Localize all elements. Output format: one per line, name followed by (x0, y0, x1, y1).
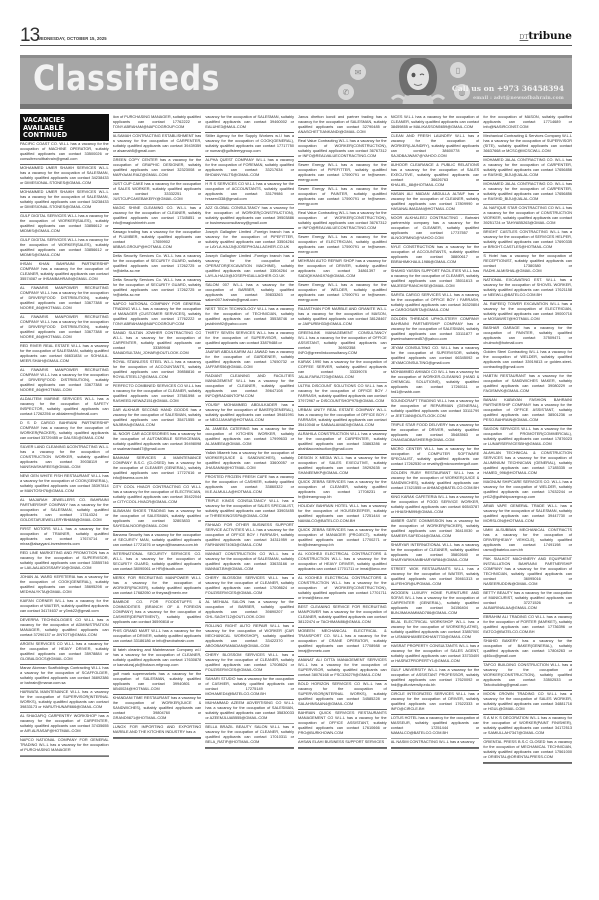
classified-ad: Al fateh cleaning and Maintenance Compan… (113, 647, 202, 671)
classified-ad: CIRCLE INTEGRATED SERVICES W.L.L has a v… (391, 691, 480, 715)
classified-ad: gulf mark supermarkets has a vacancy for… (113, 671, 202, 695)
column-end-divider (205, 748, 294, 749)
classifieds-banner: Classifieds ✉ ✆ ▯ ◍ Call us on +973 3645… (20, 55, 572, 109)
classified-ad: GREEN COPY CENTER has a vacancy for the … (113, 157, 202, 181)
classified-ad: Banama Security has a vacancy for the oc… (113, 532, 202, 551)
classified-ad: FROSTED FROZEN FRESH CAFE has a vacancy … (205, 474, 294, 498)
classified-ad: HASRAT PROPERTY CONSULTANTS W.L.L has a … (391, 643, 480, 667)
ad-list: NICES W.L.L has a vacancy for the occupa… (391, 114, 480, 749)
classified-ad: MOHAMMED UMER SHAIKH SERVICES W.L.L has … (20, 165, 109, 189)
classified-ad: AL FAWARIS MANPOWER RECRUITING COMPANY W… (20, 285, 109, 314)
classified-ad: Kawago trading has a vacancy for the occ… (113, 229, 202, 253)
classified-ad: BELLA BRAZIL BEAUTY SALON W.L.L has a va… (205, 724, 294, 748)
section-heading: VACANCIES AVAILABLE CONTINUED (20, 114, 109, 141)
classified-ad: PACIFIC COAST CO. W.L.L has a vacancy fo… (20, 141, 109, 165)
classified-ad: URBAN UNITY REAL ESTATE COMPANY W.L.L ha… (298, 407, 387, 431)
classified-ad: tion of PURCHASING MANAGER, suitably qua… (113, 114, 202, 133)
classified-ad: Real Value Contracting W.L.L has a vacan… (298, 138, 387, 162)
classified-ad: PERFECTO COMBINED SERVICES CO W.L.L has … (113, 383, 202, 407)
classified-ad: A2Z GLOBAL CONSULTANCY has a vacancy for… (205, 205, 294, 229)
classified-ad: AL NAFIQUE STAR CONTRACTING CO W.L.L has… (483, 205, 572, 229)
classified-ad: Golden Steel Contracting W.L.L has a vac… (483, 349, 572, 373)
classified-ad: FAHAAD FOR OTHER BUSINESS SUPPORT SERVIC… (205, 522, 294, 551)
classified-ad: DEVERRA TECHNOLOGIES CO W.L.L has a vaca… (20, 617, 109, 641)
classified-ad: GOLDEN THREADS UPHOLSTERY COMPANY BAHRAI… (391, 316, 480, 345)
classified-ad: PAK SIALKOT MACHINERY AND EQUIPMENT INST… (483, 556, 572, 590)
classified-ad: MUHAMMAD AZEEM ADVERTISING CO W.L.L has … (205, 700, 294, 724)
classified-ad: Sewer Energy W.L.L has a vacancy for the… (298, 282, 387, 306)
classified-ad: AL FAWARIS MANPOWER RECRUITING COMPANY W… (20, 314, 109, 343)
classified-ad: ALRAHILA CONSTRUCTION W.L.L has a vacanc… (298, 431, 387, 455)
classified-ad: ALAHLAN TECHNICAL & CONSTRUCTION SERVICE… (483, 450, 572, 479)
classified-ad: TRIPLE STAR FOOD DELIVERY has a vacancy … (391, 422, 480, 446)
classified-ad: Sewer Energy W.L.L has a vacancy for the… (298, 234, 387, 258)
classified-ad: AL MAJARAH JEWELLERS CO. BAHRAINI PARTNE… (20, 497, 109, 526)
classified-ad: MEHRAN AUTO REPAIR SHOP has a vacancy fo… (298, 258, 387, 282)
classified-ad: Sewer Energy W.L.L has a vacancy for the… (298, 186, 387, 210)
classified-ad: JUST CUP CAKE has a vacancy for the occu… (113, 181, 202, 205)
classified-ad: SHAHID BAKERY has a vacancy for the occu… (483, 638, 572, 662)
column-1: VACANCIES AVAILABLE CONTINUED PACIFIC CO… (20, 114, 109, 872)
mobile-icon: ▯ (450, 62, 466, 78)
column-end-divider (391, 748, 480, 749)
classified-ad: MICRO CENTER W.L.L has a vacancy for the… (391, 446, 480, 470)
logo-name: tribune (528, 30, 572, 42)
column-4: Janus dhetton kondi and partner trading … (298, 114, 387, 872)
ad-list: PACIFIC COAST CO. W.L.L has a vacancy fo… (20, 141, 109, 757)
logo-prefix: DT (520, 34, 529, 41)
classified-ad: PHIS GRAND MART W.L.L has a vacancy for … (113, 628, 202, 647)
classified-ad: ORIENTAL PRESS B.S.C CLOSED has a vacanc… (483, 739, 572, 763)
classified-ad: Joseph Gallagher Limited -Foreign branch… (205, 253, 294, 282)
classified-ad: BOLD HORIZON SERVICES CO W.L.L has a vac… (298, 681, 387, 710)
classified-ad: LOTUS HOTEL has a vacancy for the occupa… (391, 715, 480, 739)
classified-ad: MOON CROWN TRADING CO W.L.L has a vacanc… (483, 691, 572, 715)
classified-ad: ROYAL STAINLESS STEEL W.L.L has a vacanc… (113, 359, 202, 383)
classified-ad: MOHAMMED AHMADI CO W.L.L has a vacancy f… (391, 369, 480, 398)
classified-ad: LUNOX FOR IMPORTING AND EXPORTING MARBLE… (113, 724, 202, 738)
classified-ad: HASAN ALI MADAN ABDULLA ALTAIF has a vac… (391, 191, 480, 215)
classified-ad: STREET WOK RESTAURANTS W.L.L has a vacan… (391, 566, 480, 590)
classified-ad: DESIGN X MEDIA W.L.L has a vacancy for t… (298, 455, 387, 479)
classified-ad: GULF DIGITAL SERVICES W.L.L has a vacanc… (20, 213, 109, 237)
classified-ad: BEST CLEANING SERVICE FOR RECRUITING MAN… (298, 604, 387, 628)
classified-ad: RAJASTHAN FOR MARBLE AND GRANITE W.L.L h… (298, 306, 387, 330)
classified-ad: RADIANT CLEANING AND FACILITIES MANAGEME… (205, 373, 294, 402)
column-3: vacancy for the occupation of SALESMAN, … (205, 114, 294, 872)
classified-ad: HARWATA MAINTENANCE W.L.L has a vacancy … (20, 689, 109, 713)
classified-ad: Mechanical Contracting & Services Compan… (483, 133, 572, 157)
classified-ad: AMANAT ALI DITTA MANAGEMENT SERVICES W.L… (298, 657, 387, 681)
classified-ad: AL RAFEEQ TOWER EXCAVATION W.L.L has a v… (483, 301, 572, 325)
classified-ad: NYLE CONSTRUCTION has a vacancy for the … (391, 244, 480, 268)
classified-ad: ROLLING RIGHT AUTO REPAIR W.L.L has a va… (205, 623, 294, 652)
classified-ad: UMM ALSUBBAN MECHANICAL CONTRACTS has a … (483, 527, 572, 556)
classified-ad: SANAD SULTAN JOWHER CONTRACTING CO W.L.L… (113, 330, 202, 359)
classified-ad: ULTRA DISCOUNT SOLUTIONS CO W.L.L has a … (298, 383, 387, 407)
classified-ad: THIRTY SEVEN SERVICES W.L.L has a vacanc… (205, 330, 294, 349)
classified-ad: RED RIVER REAL ESTATE W.L.L has a vacanc… (20, 343, 109, 367)
classified-ad: BAHRAIN QUICK SERVICES RESTAURANTS MANAG… (298, 710, 387, 739)
classified-ad: FIRST MOTORS W.L.L has a vacancy for the… (20, 526, 109, 550)
classified-ad: AL NASIM CONTRACTING W.L.L has a vacancy (391, 739, 480, 748)
publication-date: WEDNESDAY, OCTOBER 15, 2025 (37, 36, 107, 41)
classified-ad: QUICK ZEBRA SERVICES has a vacancy for t… (298, 527, 387, 551)
classified-ad: NAPCO NATIONAL COMPANY FOR GENERAL TRADI… (20, 737, 109, 756)
classified-ad: AMBER GATE COMMISSION has a vacancy for … (391, 518, 480, 542)
classified-ad: ARGEN SERVICES CO W.L.L has a vacancy fo… (20, 641, 109, 665)
classified-ad: SALOM 007 W.L.L has a vacancy for the oc… (205, 282, 294, 306)
classified-ad: KING KARAK CAFETERIA W.L.L has a vacancy… (391, 494, 480, 518)
classified-ad: NEST TECH TECHNOLOGY W.L.L has a vacancy… (205, 306, 294, 330)
classified-ad: SHAHID YASSIN SUPPORT FACILITIES W.L.L h… (391, 268, 480, 292)
masthead: 13 WEDNESDAY, OCTOBER 15, 2025 DTtribune (20, 28, 572, 46)
column-end-divider (298, 748, 387, 749)
classifieds-columns: VACANCIES AVAILABLE CONTINUED PACIFIC CO… (20, 114, 572, 872)
classified-ad: vacancy for the occupation of SALESMAN, … (205, 114, 294, 133)
classified-ad: NAPCO NATIONAL COMPANY FOR GENERAL TRADI… (113, 301, 202, 330)
classified-ad: Real Value Contracting W.L.L has a vacan… (298, 210, 387, 234)
classified-ad: BRIGHT CASTLES CONTRACTING W.L.L has a v… (483, 229, 572, 253)
classified-ad: MOHAMMED UMER SHAIKH SERVICES W.L.L has … (20, 189, 109, 213)
classified-ad: BAMBOE CO. FOR FOODSTUFFS & COMMODITIES … (113, 599, 202, 628)
classified-ad: BANHAM SERVICES & MAINTENANCE COMPANY B.… (113, 455, 202, 484)
classified-ad: CHERY BLOSSOM SERVICES W.L.L has a vacan… (205, 652, 294, 676)
envelope-icon: ✉ (350, 64, 366, 80)
classified-ad: MOHAMED JALAL CONTRACTING CO. W.L.L has … (483, 181, 572, 205)
classified-ad: Yallah Mlaeeb has a vacancy for the occu… (205, 450, 294, 474)
column-5: NICES W.L.L has a vacancy for the occupa… (391, 114, 480, 872)
classified-ad: GULF UNIVERSITY W.L.L has a vacancy for … (391, 667, 480, 691)
classified-ad: KHANDANI TIME RESTAURANT has a vacancy f… (113, 695, 202, 724)
classified-ad: INTERNATIONAL SECURITY SERVICES CO. W.L.… (113, 551, 202, 575)
classified-ad: AL FAWARIS MANPOWER RECRUITING COMPANY W… (20, 367, 109, 396)
classified-ad: CLEAN AND FRESH LAUNDRY W.L.L has a vaca… (391, 133, 480, 162)
classified-ad: SHARYAR INTERNATIONAL W.L.L has a vacanc… (391, 542, 480, 566)
classified-ad: IHSAN KHAN BAHRAINI PARTNERSHIP COMPANY … (20, 261, 109, 285)
ad-list: for the occupation of MASON, suitably qu… (483, 114, 572, 764)
classified-ad: SOUNDCRAFT TRADING W.L.L has a vacancy f… (391, 398, 480, 422)
classified-ad: AL KOOHEJI ELECTRICAL CONTRACTORS & CONS… (298, 551, 387, 575)
classified-ad: NEW GEN WHITE FISH RESTAURANT W.L.L has … (20, 473, 109, 497)
classified-ad: AL NOOR CAR ACCESSORIES has a vacancy fo… (113, 431, 202, 455)
classified-ad: HABTIN RESTAURANT has a vacancy for the … (483, 373, 572, 397)
classified-ad: S A M K S DECORATION W.L.L has a vacancy… (483, 715, 572, 739)
classified-ad: YOUSIF MOHAMMED ABDULKADER has a vacancy… (205, 402, 294, 426)
classified-ad: MANNAT CONSTRUCTION CO W.L.L has a vacan… (205, 551, 294, 575)
classified-ad: JEYAM CONSULTING CO. W.L.L has a vacancy… (391, 345, 480, 369)
classified-ad: SILVER LAND CLEANING &CONTRACTING W.L.L … (20, 444, 109, 473)
classified-ad: TAFCO BUILDING CONSTRUCTION W.L.L has a … (483, 662, 572, 691)
newspaper-logo: DTtribune (520, 30, 572, 42)
classified-ad: AUHOOR CLEARANCE & PUBLIC RELATIONS has … (391, 162, 480, 191)
classified-ad: HOLIDAY BAHRAIN HOTEL W.L.L has a vacanc… (298, 503, 387, 527)
classified-ad: KAIFAN CORNER W.L.L has a vacancy for th… (20, 598, 109, 617)
phone-icon: ✆ (338, 84, 354, 100)
classified-ad: GOLDEN RUBY RESTAURANT W.L.L has a vacan… (391, 470, 480, 494)
classified-ad: H R S SERVICES CO W.L.L has a vacancy fo… (205, 181, 294, 205)
ad-list: Janus dhetton kondi and partner trading … (298, 114, 387, 749)
classified-ad: ALBAHAN SHOES TRADING has a vacancy for … (113, 508, 202, 532)
column-end-divider (20, 756, 109, 757)
classified-ad: ALSAMAH CONTRACTING ESTABLISHMENT has a … (113, 133, 202, 157)
classified-ad: DAR ALKHAIR SECOND HAND GOODS has a vaca… (113, 407, 202, 431)
classified-ad: AHSAN ELAHI BUSINESS SUPPORT SERVICES (298, 739, 387, 748)
classified-ad: JAAFAR ABDULKARIM ALI JAWAD has a vacanc… (205, 349, 294, 373)
classified-ad: Joseph Gallagher Limited -Foreign branch… (205, 229, 294, 253)
classified-ad: NATIONAL EXCAVATING EST. W.L.L has a vac… (483, 277, 572, 301)
classified-ad: GULF DIGITAL SERVICES W.L.L has a vacanc… (20, 237, 109, 261)
classified-ad: ARAB VAPE GENERAL TRADE W.L.L has a vaca… (483, 503, 572, 527)
classified-ad: CHERY BLOSSOM SERVICES W.L.L has a vacan… (205, 575, 294, 599)
classified-ad: AL MEHAAL SALON has a vacancy for the oc… (205, 599, 294, 623)
classified-ad: ALDALITEM MARINE SERVICES W.L.L has a va… (20, 396, 109, 420)
classified-ad: BILAL ELECTRICAL WORKSHOP W.L.L has a va… (391, 619, 480, 643)
classified-ad: SAIGON SERVICES W.L.L has a vacancy for … (483, 426, 572, 450)
column-2: tion of PURCHASING MANAGER, suitably qua… (113, 114, 202, 872)
classified-ad: NOOR ALKHALEEJ CONTRACTING - Bahraini pa… (391, 215, 480, 244)
classified-ad: MOHAMED JALAL CONTRACTING CO. W.L.L has … (483, 157, 572, 181)
classified-ad: Manar Alomran Scaffoldings Contracting W… (20, 665, 109, 689)
classified-ad: AL SHAGAFIQ CARPENTRY WORKSHOP has a vac… (20, 713, 109, 737)
column-6: for the occupation of MASON, suitably qu… (483, 114, 572, 872)
classified-ad: SARITA CARGO SERVICES W.L.L has a vacanc… (391, 292, 480, 316)
column-end-divider (113, 738, 202, 739)
classified-ad: Sewer Energy W.L.L has a vacancy for the… (298, 162, 387, 186)
classified-ad: GREENLINK MANAGEMENT CONSULTANCY W.L.L h… (298, 330, 387, 359)
classified-ad: AL KOOHEJI ELECTRICAL CONTRACTORS & CONS… (298, 575, 387, 604)
section-heading-line-2: CONTINUED (23, 131, 106, 139)
classified-ad: CITY COOL HVACR CONTRACTING CO W.L.L has… (113, 484, 202, 508)
classified-ad: Janus dhetton kondi and partner trading … (298, 114, 387, 138)
classified-ad: MOBEEN MECHANICAL ELECTRICAL & TRANSPORT… (298, 628, 387, 657)
classified-ad: Stiller Agency for the Supply Workers w.… (205, 133, 294, 157)
classified-ad: KARAK 1990 has a vacancy for the occupat… (298, 359, 387, 383)
section-heading-line-1: VACANCIES AVAILABLE (23, 116, 106, 131)
classified-ad: BETTY BEAUTY has a vacancy for the occup… (483, 590, 572, 614)
classified-ad: BASHAR GARAGE has a vacancy for the occu… (483, 325, 572, 349)
classified-ad: SAHARI STUDIO has a vacancy for the occu… (205, 676, 294, 700)
classified-ad: MAGNUM SHIPCARE SERVICES CO. W.L.L has a… (483, 479, 572, 503)
classified-ad: EBRAHIM ALI TRADING CO W.L.L has a vacan… (483, 614, 572, 638)
ad-list: tion of PURCHASING MANAGER, suitably qua… (113, 114, 202, 739)
classified-ad: MAGIC SHINE CLEANING CO. W.L.L has a vac… (113, 205, 202, 229)
classified-ad: MERIX FOR RECRUITING MANPOWER W.L.L has … (113, 575, 202, 599)
banner-title: Classifieds (33, 59, 220, 99)
classified-ad: QUICK ZEBRA SERVICES has a vacancy for t… (298, 479, 387, 503)
classified-ad: D S D CARGO BAHRAINI PARTNERSHIP COMPANY… (20, 420, 109, 444)
classified-ad: JOHAN AL WARD KEFETERIA has a vacancy fo… (20, 574, 109, 598)
ad-list: vacancy for the occupation of SALESMAN, … (205, 114, 294, 749)
classified-ad: ALPHA QUEST COMPANY W.L.L has a vacancy … (205, 157, 294, 181)
classified-ad: S Hotel has a vacancy for the occupation… (483, 253, 572, 277)
contact-email[interactable]: email : advt@newsofbahrain.com (473, 96, 564, 101)
classified-ad: BANAN KABAYAN FASHION BAHRAINI PARTNERSH… (483, 397, 572, 426)
classified-ad: TRIPLE KINGS CONSULTANCY W.L.L has a vac… (205, 498, 294, 522)
woman-illustration-icon (388, 55, 448, 109)
column-end-divider (483, 763, 572, 764)
classified-ad: for the occupation of MASON, suitably qu… (483, 114, 572, 133)
classified-ad: Delta Security Services Co. W.L.L has a … (113, 253, 202, 277)
classified-ad: NICES W.L.L has a vacancy for the occupa… (391, 114, 480, 133)
classified-ad: WOODEN LUXURY HOME FURNITURE AND SOFAS W… (391, 590, 480, 619)
classified-ad: AL JAMEEA CATERING has a vacancy for the… (205, 426, 294, 450)
classified-ad: Delta Security Services Co. W.L.L has a … (113, 277, 202, 301)
contact-phone[interactable]: Call us on +973 36458394 (452, 84, 564, 93)
classified-ad: RED LINE MARKETING AND PROMOTION has a v… (20, 550, 109, 574)
